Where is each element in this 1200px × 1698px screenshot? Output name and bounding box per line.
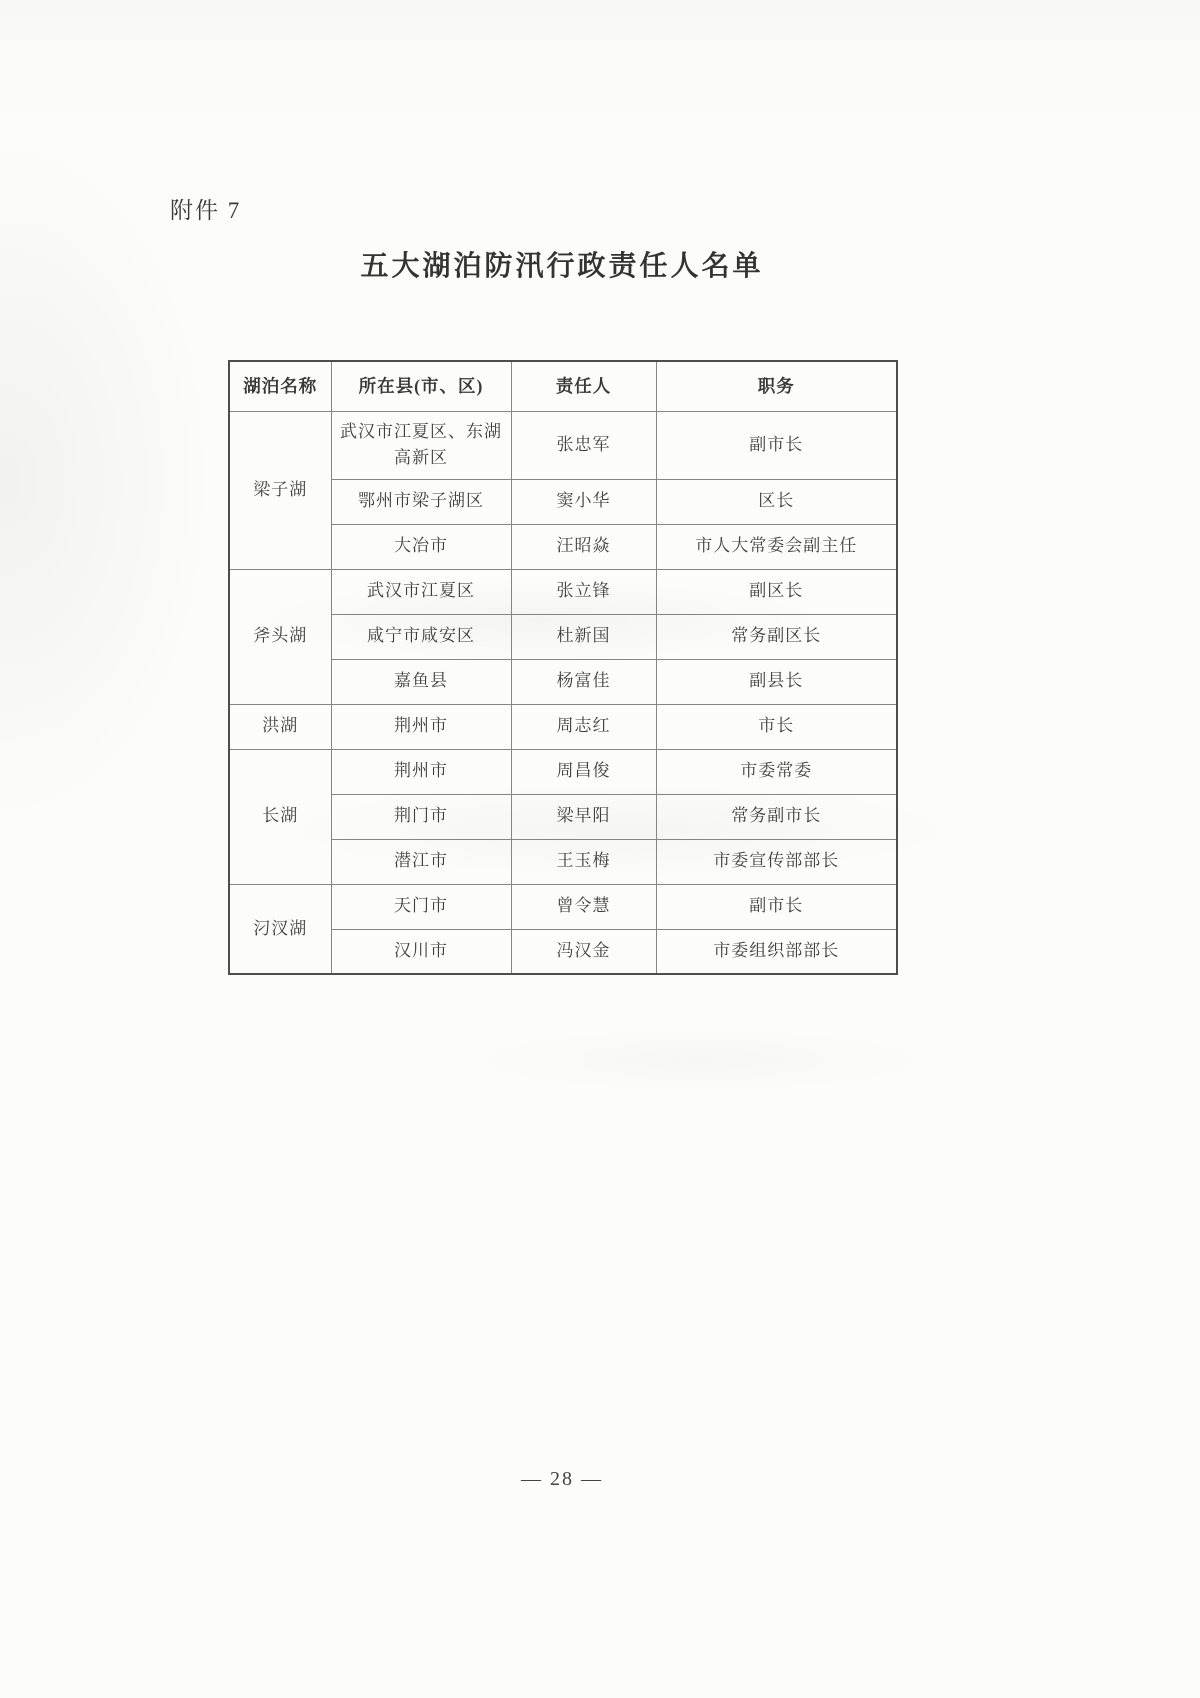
person-cell: 周昌俊 — [511, 749, 656, 794]
position-cell: 市委常委 — [656, 749, 897, 794]
header-county: 所在县(市、区) — [331, 361, 511, 411]
lake-name-cell: 洪湖 — [229, 704, 331, 749]
position-cell: 市长 — [656, 704, 897, 749]
header-lake-name: 湖泊名称 — [229, 361, 331, 411]
county-cell: 潜江市 — [331, 839, 511, 884]
person-cell: 曾令慧 — [511, 884, 656, 929]
table-row: 汈汊湖 天门市 曾令慧 副市长 — [229, 884, 897, 929]
county-cell: 咸宁市咸安区 — [331, 614, 511, 659]
table-row: 长湖 荆州市 周昌俊 市委常委 — [229, 749, 897, 794]
county-cell: 荆州市 — [331, 749, 511, 794]
person-cell: 杜新国 — [511, 614, 656, 659]
position-cell: 副县长 — [656, 659, 897, 704]
lake-name-cell: 梁子湖 — [229, 411, 331, 569]
position-cell: 常务副区长 — [656, 614, 897, 659]
county-cell: 汉川市 — [331, 929, 511, 974]
county-cell: 荆州市 — [331, 704, 511, 749]
person-cell: 王玉梅 — [511, 839, 656, 884]
person-cell: 张立锋 — [511, 569, 656, 614]
county-cell: 武汉市江夏区、东湖高新区 — [331, 411, 511, 479]
county-cell: 大冶市 — [331, 524, 511, 569]
person-cell: 杨富佳 — [511, 659, 656, 704]
position-cell: 副市长 — [656, 884, 897, 929]
position-cell: 市人大常委会副主任 — [656, 524, 897, 569]
table-row: 洪湖 荆州市 周志红 市长 — [229, 704, 897, 749]
header-position: 职务 — [656, 361, 897, 411]
position-cell: 副市长 — [656, 411, 897, 479]
header-person: 责任人 — [511, 361, 656, 411]
person-cell: 周志红 — [511, 704, 656, 749]
attachment-label: 附件 7 — [170, 192, 241, 225]
person-cell: 张忠军 — [511, 411, 656, 479]
position-cell: 区长 — [656, 479, 897, 524]
table-header-row: 湖泊名称 所在县(市、区) 责任人 职务 — [229, 361, 897, 411]
person-cell: 汪昭焱 — [511, 524, 656, 569]
position-cell: 常务副市长 — [656, 794, 897, 839]
page-number: — 28 — — [228, 1468, 896, 1491]
county-cell: 天门市 — [331, 884, 511, 929]
person-cell: 窦小华 — [511, 479, 656, 524]
lake-name-cell: 汈汊湖 — [229, 884, 331, 974]
county-cell: 荆门市 — [331, 794, 511, 839]
county-cell: 武汉市江夏区 — [331, 569, 511, 614]
responsible-persons-table: 湖泊名称 所在县(市、区) 责任人 职务 梁子湖 武汉市江夏区、东湖高新区 张忠… — [228, 360, 898, 975]
position-cell: 副区长 — [656, 569, 897, 614]
county-cell: 嘉鱼县 — [331, 659, 511, 704]
page-title: 五大湖泊防汛行政责任人名单 — [228, 244, 896, 284]
table-row: 梁子湖 武汉市江夏区、东湖高新区 张忠军 副市长 — [229, 411, 897, 479]
lake-name-cell: 长湖 — [229, 749, 331, 884]
county-cell: 鄂州市梁子湖区 — [331, 479, 511, 524]
position-cell: 市委宣传部部长 — [656, 839, 897, 884]
position-cell: 市委组织部部长 — [656, 929, 897, 974]
table-row: 斧头湖 武汉市江夏区 张立锋 副区长 — [229, 569, 897, 614]
person-cell: 梁早阳 — [511, 794, 656, 839]
person-cell: 冯汉金 — [511, 929, 656, 974]
lake-name-cell: 斧头湖 — [229, 569, 331, 704]
